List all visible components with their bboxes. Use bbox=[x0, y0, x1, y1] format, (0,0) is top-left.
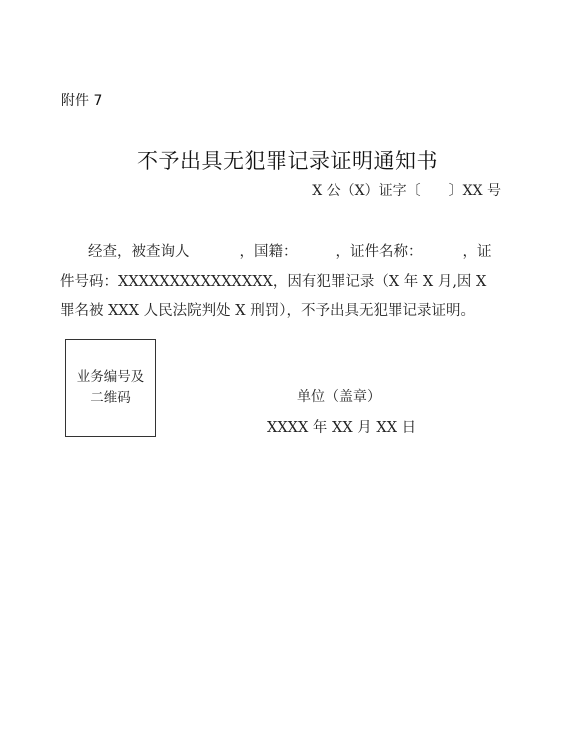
body-line-1: 经查，被查询人，国籍：，证件名称：，证 bbox=[88, 240, 492, 261]
issue-date: XXXX 年 XX 月 XX 日 bbox=[267, 416, 416, 437]
body-line-2: 件号码：XXXXXXXXXXXXXXX，因有犯罪记录（X 年 X 月,因 X bbox=[60, 270, 486, 291]
body-line-1-part-3: ，证件名称： bbox=[336, 244, 423, 260]
document-number: X 公（X）证字〔 〕XX 号 bbox=[312, 180, 501, 200]
qr-code-box: 业务编号及 二维码 bbox=[65, 339, 156, 437]
qr-box-line-2: 二维码 bbox=[90, 388, 131, 409]
issuing-unit-seal: 单位（盖章） bbox=[297, 386, 381, 406]
document-title: 不予出具无犯罪记录证明通知书 bbox=[0, 145, 563, 175]
body-line-3: 罪名被 XXX 人民法院判处 X 刑罚），不予出具无犯罪记录证明。 bbox=[60, 299, 475, 320]
body-line-1-part-4: ，证 bbox=[463, 244, 492, 260]
qr-box-line-1: 业务编号及 bbox=[77, 367, 145, 388]
attachment-label: 附件 7 bbox=[61, 90, 102, 110]
body-line-1-part-2: ，国籍： bbox=[240, 244, 298, 260]
body-line-1-part-1: 经查，被查询人 bbox=[88, 244, 190, 260]
